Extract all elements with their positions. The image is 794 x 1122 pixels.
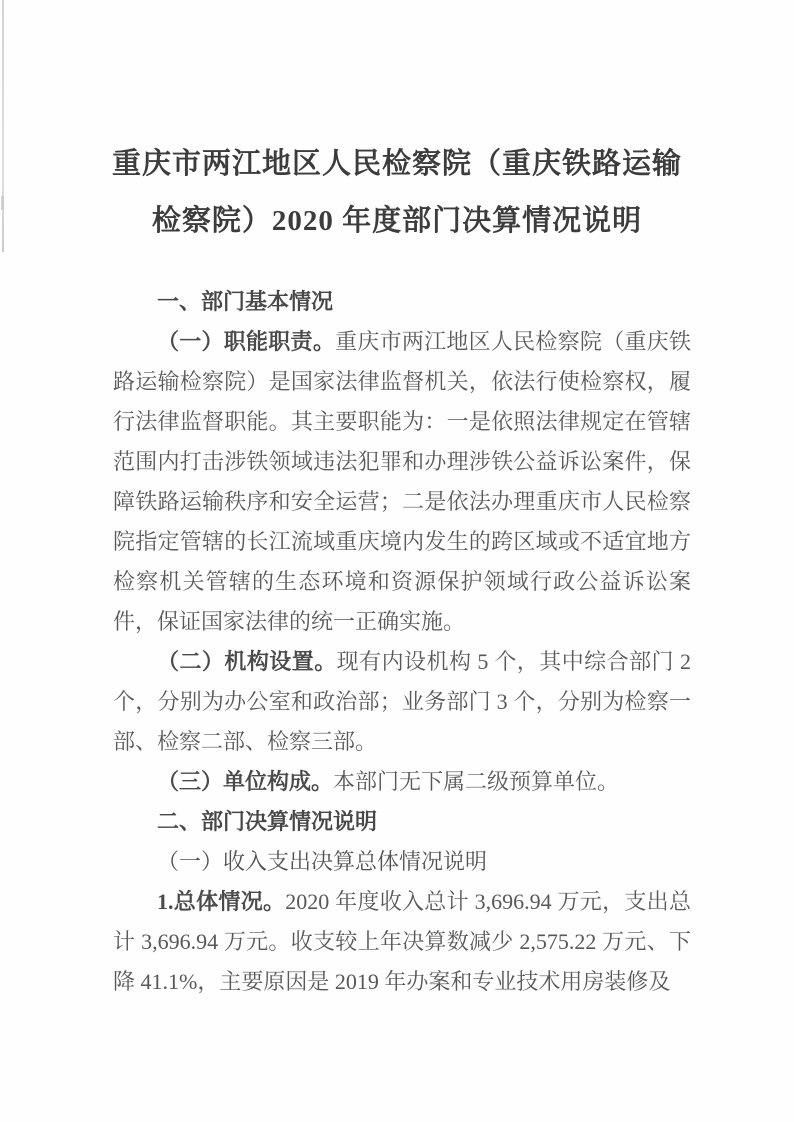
paragraph-duties-lead: （一）职能职责。 bbox=[157, 329, 335, 354]
paragraph-overall-situation: 1.总体情况。2020 年度收入总计 3,696.94 万元，支出总计 3,69… bbox=[113, 882, 691, 1002]
subsection-heading-income-expenditure: （一）收入支出决算总体情况说明 bbox=[113, 842, 691, 882]
paragraph-duties-text: 重庆市两江地区人民检察院（重庆铁路运输检察院）是国家法律监督机关，依法行使检察权… bbox=[113, 329, 691, 634]
paragraph-unit-composition-lead: （三）单位构成。 bbox=[157, 769, 333, 794]
paragraph-unit-composition: （三）单位构成。本部门无下属二级预算单位。 bbox=[113, 762, 691, 802]
document-title-line-1: 重庆市两江地区人民检察院（重庆铁路运输 bbox=[0, 136, 794, 193]
section-heading-basic-info: 一、部门基本情况 bbox=[113, 282, 691, 322]
paragraph-unit-composition-text: 本部门无下属二级预算单位。 bbox=[333, 769, 619, 794]
document-body: 一、部门基本情况 （一）职能职责。重庆市两江地区人民检察院（重庆铁路运输检察院）… bbox=[113, 282, 691, 1002]
document-title-line-2: 检察院）2020 年度部门决算情况说明 bbox=[0, 193, 794, 250]
section-heading-final-accounts: 二、部门决算情况说明 bbox=[113, 802, 691, 842]
paragraph-duties: （一）职能职责。重庆市两江地区人民检察院（重庆铁路运输检察院）是国家法律监督机关… bbox=[113, 322, 691, 642]
document-page: 重庆市两江地区人民检察院（重庆铁路运输 检察院）2020 年度部门决算情况说明 … bbox=[0, 0, 794, 1122]
paragraph-org-structure: （二）机构设置。现有内设机构 5 个，其中综合部门 2 个，分别为办公室和政治部… bbox=[113, 642, 691, 762]
document-title: 重庆市两江地区人民检察院（重庆铁路运输 检察院）2020 年度部门决算情况说明 bbox=[0, 136, 794, 250]
paragraph-org-structure-lead: （二）机构设置。 bbox=[157, 649, 337, 674]
paragraph-overall-situation-lead: 1.总体情况。 bbox=[157, 889, 285, 914]
